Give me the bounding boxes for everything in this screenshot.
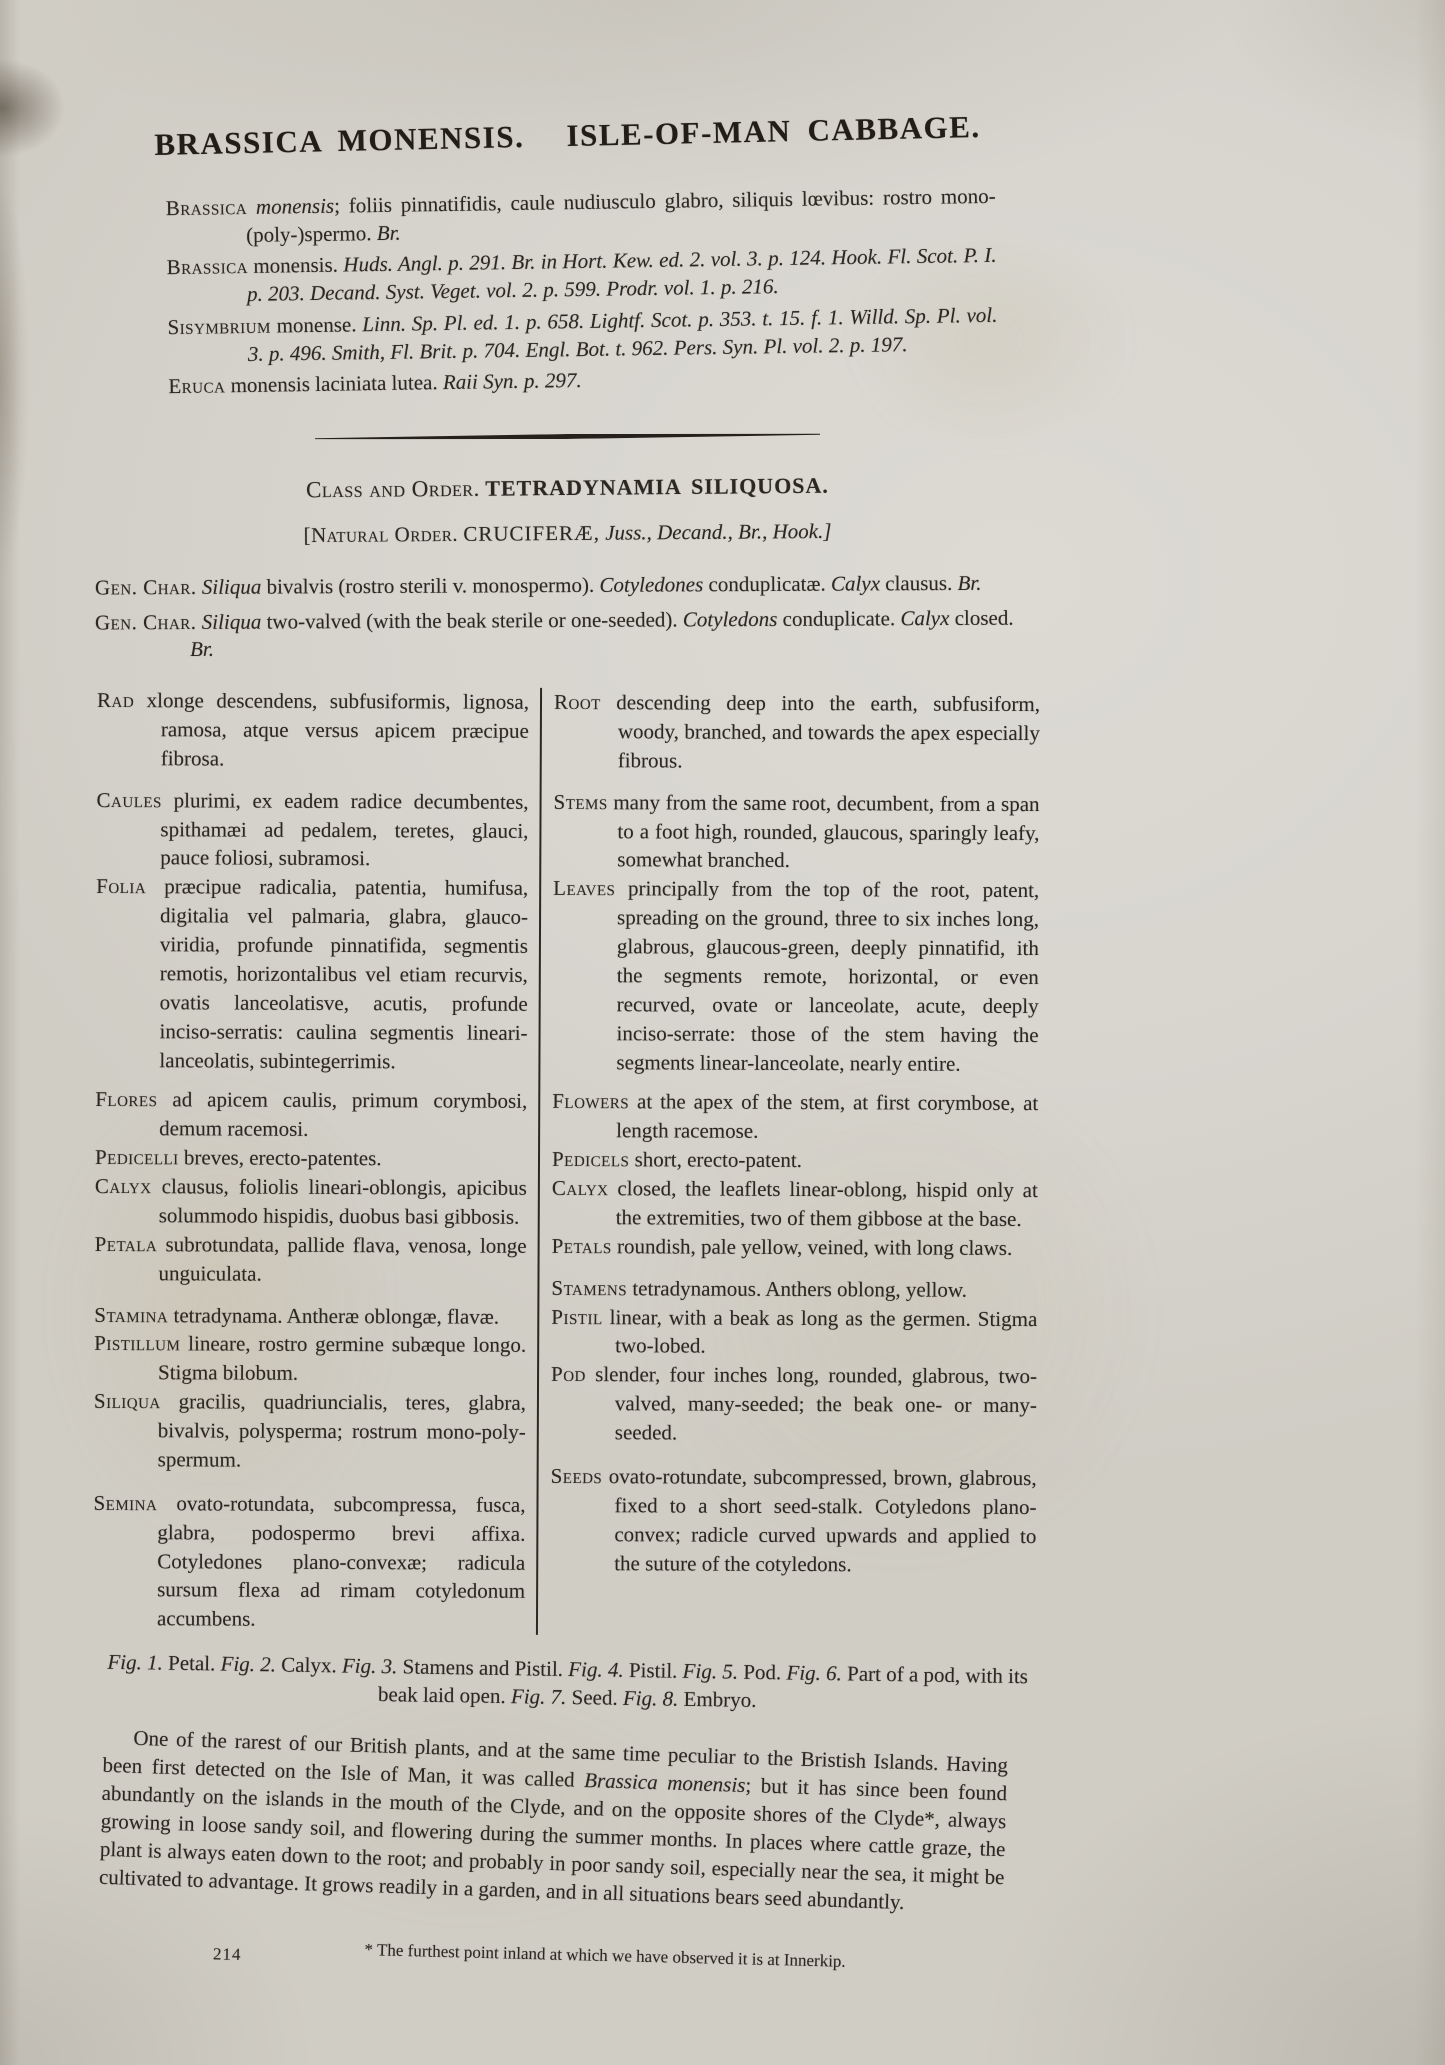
english-paragraph: Petals roundish, pale yellow, veined, wi… bbox=[552, 1231, 1038, 1262]
gen-char-term: Calyx bbox=[900, 606, 949, 630]
divider-rule bbox=[315, 432, 820, 441]
figure-label: Fig. 8. bbox=[623, 1686, 679, 1711]
english-column: Root descending deep into the earth, sub… bbox=[536, 688, 1040, 1637]
figure-desc: Calyx. bbox=[281, 1652, 337, 1677]
organ-text: closed, the leaflets linear-oblong, hisp… bbox=[616, 1176, 1038, 1231]
gen-char-text: closed. bbox=[955, 606, 1014, 630]
figure-desc: Petal. bbox=[168, 1651, 216, 1676]
organ-text: roundish, pale yellow, veined, with long… bbox=[617, 1234, 1012, 1260]
natural-order-line: [Natural Order. CRUCIFERÆ, Juss., Decand… bbox=[95, 517, 1040, 549]
organ-text: lineare, rostro germine subæque longo. S… bbox=[158, 1331, 526, 1384]
latin-paragraph: Stamina tetradynama. Antheræ oblongæ, fl… bbox=[94, 1300, 526, 1331]
page-content: BRASSICA MONENSIS. ISLE-OF-MAN CABBAGE. … bbox=[95, 118, 1040, 1975]
class-and-order-line: Class and Order. TETRADYNAMIA SILIQUOSA. bbox=[95, 471, 1040, 505]
gen-char-label: Gen. Char. bbox=[95, 610, 197, 635]
english-paragraph: Pedicels short, erecto-patent. bbox=[552, 1145, 1038, 1176]
organ-label: Leaves bbox=[553, 876, 615, 900]
synonym-epithet: monensis bbox=[256, 194, 335, 219]
english-paragraph: Leaves principally from the top of the r… bbox=[552, 874, 1039, 1078]
organ-label: Calyx bbox=[95, 1174, 152, 1198]
generic-character-latin: Gen. Char. Siliqua bivalvis (rostro ster… bbox=[95, 569, 1040, 601]
organ-label: Seeds bbox=[551, 1464, 603, 1488]
organ-label: Pod bbox=[551, 1362, 586, 1386]
synonym-genus: Sisymbrium bbox=[167, 313, 271, 339]
organ-text: slender, four inches long, rounded, glab… bbox=[595, 1362, 1037, 1444]
organ-text: ovato-rotundate, subcompressed, brown, g… bbox=[609, 1464, 1037, 1576]
english-paragraph: Calyx closed, the leaflets linear-oblong… bbox=[552, 1174, 1038, 1234]
organ-text: principally from the top of the root, pa… bbox=[616, 876, 1039, 1075]
figure-label: Fig. 5. bbox=[682, 1659, 738, 1684]
latin-paragraph: Siliqua gracilis, quadriuncialis, teres,… bbox=[94, 1387, 526, 1476]
organ-text: præcipue radicalia, patentia, humifusa, … bbox=[159, 874, 528, 1072]
species-name-italic: Brassica monensis bbox=[584, 1767, 746, 1796]
figure-desc: Stamens and Pistil. bbox=[402, 1654, 563, 1681]
latin-paragraph: Pistillum lineare, rostro germine subæqu… bbox=[94, 1329, 526, 1389]
organ-text: plurimi, ex eadem radice decumbentes, sp… bbox=[160, 788, 528, 871]
organ-text: breves, erecto-patentes. bbox=[184, 1145, 382, 1170]
organ-text: at the apex of the stem, at first corymb… bbox=[616, 1089, 1038, 1142]
latin-paragraph: Flores ad apicem caulis, primum corymbos… bbox=[95, 1085, 527, 1145]
footnote-marker: * bbox=[364, 1940, 373, 1959]
gen-char-text: clausus. bbox=[885, 571, 952, 595]
organ-label: Stamens bbox=[551, 1275, 627, 1299]
organ-text: descending deep into the earth, subfusif… bbox=[616, 690, 1040, 772]
latin-paragraph: Rad xlonge descendens, subfusiformis, li… bbox=[97, 686, 529, 775]
organ-label: Root bbox=[554, 690, 601, 714]
organ-text: many from the same root, decumbent, from… bbox=[613, 790, 1039, 873]
figure-label: Fig. 7. bbox=[511, 1684, 567, 1709]
organ-label: Stamina bbox=[94, 1302, 168, 1326]
figure-desc: Seed. bbox=[571, 1685, 617, 1710]
latin-paragraph: Semina ovato-rotundata, subcompressa, fu… bbox=[93, 1488, 526, 1634]
natural-order-label: [Natural Order. bbox=[303, 522, 458, 547]
english-paragraph: Pod slender, four inches long, rounded, … bbox=[551, 1360, 1037, 1449]
figure-desc: Pistil. bbox=[629, 1658, 678, 1683]
gen-char-term: Cotyledons bbox=[683, 607, 778, 631]
organ-label: Siliqua bbox=[94, 1389, 161, 1413]
gen-char-text: bivalvis (rostro sterili v. monospermo). bbox=[267, 573, 595, 599]
organ-label: Petala bbox=[95, 1231, 158, 1255]
organ-text: linear, with a beak as long as the germe… bbox=[610, 1304, 1038, 1357]
organ-label: Petals bbox=[552, 1233, 612, 1257]
gen-char-term: Calyx bbox=[831, 571, 880, 595]
figure-desc: Embryo. bbox=[683, 1687, 756, 1712]
gen-char-text: conduplicate. bbox=[783, 606, 896, 631]
english-paragraph: Root descending deep into the earth, sub… bbox=[554, 688, 1040, 777]
gen-char-text: conduplicatæ. bbox=[708, 572, 825, 597]
synonym-genus: Brassica bbox=[166, 254, 248, 279]
class-order-label: Class and Order. bbox=[306, 476, 480, 503]
figure-label: Fig. 4. bbox=[568, 1657, 624, 1682]
gen-char-authority: Br. bbox=[957, 571, 981, 595]
organ-text: short, erecto-patent. bbox=[635, 1147, 802, 1172]
organ-label: Pedicelli bbox=[95, 1145, 179, 1169]
organ-text: gracilis, quadriuncialis, teres, glabra,… bbox=[158, 1389, 526, 1471]
synonym-refs: Linn. Sp. Pl. ed. 1. p. 658. Lightf. Sco… bbox=[248, 302, 998, 365]
footnote: * The furthest point inland at which we … bbox=[325, 1939, 885, 1973]
organ-text: subrotundata, pallide flava, venosa, lon… bbox=[158, 1232, 526, 1285]
gen-char-term: Cotyledones bbox=[599, 572, 703, 597]
synonym-refs: Huds. Angl. p. 291. Br. in Hort. Kew. ed… bbox=[247, 243, 997, 306]
class-order-value: TETRADYNAMIA SILIQUOSA. bbox=[485, 473, 829, 501]
english-paragraph: Stems many from the same root, decumbent… bbox=[553, 787, 1039, 876]
figure-label: Fig. 1. bbox=[107, 1650, 163, 1675]
synonym-entry: Brassica monensis; foliis pinnatifidis, … bbox=[166, 182, 997, 251]
english-paragraph: Seeds ovato-rotundate, subcompressed, br… bbox=[550, 1462, 1036, 1580]
habitat-paragraph: One of the rarest of our British plants,… bbox=[99, 1723, 1009, 1919]
latin-paragraph: Pedicelli breves, erecto-patentes. bbox=[95, 1143, 527, 1174]
latin-paragraph: Calyx clausus, foliolis lineari-oblongis… bbox=[95, 1172, 527, 1232]
english-paragraph: Stamens tetradynamous. Anthers oblong, y… bbox=[551, 1273, 1037, 1304]
figure-label: Fig. 2. bbox=[220, 1651, 276, 1676]
synonym-refs: Raii Syn. p. 297. bbox=[443, 368, 582, 394]
organ-text: ad apicem caulis, primum corymbosi, demu… bbox=[159, 1087, 527, 1140]
natural-order-name: CRUCIFERÆ, bbox=[463, 521, 600, 546]
organ-label: Pedicels bbox=[552, 1147, 629, 1171]
synonym-entry: Sisymbrium monense. Linn. Sp. Pl. ed. 1.… bbox=[167, 300, 998, 369]
figure-label: Fig. 3. bbox=[342, 1653, 398, 1678]
synonym-text: monense. bbox=[276, 312, 356, 337]
organ-label: Caules bbox=[97, 787, 162, 811]
english-paragraph: Flowers at the apex of the stem, at firs… bbox=[552, 1087, 1038, 1147]
organ-text: xlonge descendens, subfusiformis, lignos… bbox=[147, 688, 529, 770]
figure-desc: Pod. bbox=[743, 1660, 781, 1685]
habitat-text: ; but it has since been found abundantly… bbox=[99, 1773, 1008, 1914]
gen-char-term: Siliqua bbox=[202, 574, 262, 598]
gen-char-text: two-valved (with the beak sterile or one… bbox=[266, 608, 677, 634]
organ-label: Semina bbox=[93, 1490, 157, 1514]
organ-label: Calyx bbox=[552, 1176, 609, 1200]
synonymy-section: Brassica monensis; foliis pinnatifidis, … bbox=[166, 182, 999, 400]
gen-char-label: Gen. Char. bbox=[95, 575, 197, 600]
english-paragraph: Pistil linear, with a beak as long as th… bbox=[551, 1302, 1037, 1362]
natural-order-refs: Juss., Decand., Br., Hook.] bbox=[605, 519, 831, 545]
latin-column: Rad xlonge descendens, subfusiformis, li… bbox=[93, 686, 540, 1635]
page-number: 214 bbox=[213, 1944, 242, 1965]
synonym-text: monensis laciniata lutea. bbox=[230, 370, 437, 397]
organ-label: Stems bbox=[554, 789, 608, 813]
organ-label: Flowers bbox=[552, 1089, 629, 1113]
synonym-entry: Brassica monensis. Huds. Angl. p. 291. B… bbox=[166, 241, 997, 310]
organ-text: clausus, foliolis lineari-oblongis, apic… bbox=[159, 1174, 527, 1228]
footnote-text: The furthest point inland at which we ha… bbox=[377, 1940, 846, 1970]
synonym-genus: Brassica bbox=[166, 195, 248, 220]
figure-captions: Fig. 1. Petal. Fig. 2. Calyx. Fig. 3. St… bbox=[95, 1647, 1041, 1719]
organ-label: Folia bbox=[96, 874, 146, 898]
synonym-text: monensis. bbox=[253, 253, 338, 278]
synonym-refs: Br. bbox=[377, 221, 401, 245]
synonym-text: ; foliis pinnatifidis, caule nudiusculo … bbox=[246, 184, 996, 247]
gen-char-term: Siliqua bbox=[202, 610, 262, 634]
organ-label: Pistil bbox=[551, 1304, 602, 1328]
latin-paragraph: Caules plurimi, ex eadem radice decumben… bbox=[96, 785, 528, 874]
latin-paragraph: Petala subrotundata, pallide flava, veno… bbox=[94, 1229, 526, 1289]
generic-character-english: Gen. Char. Siliqua two-valved (with the … bbox=[95, 605, 1040, 665]
organ-label: Pistillum bbox=[94, 1331, 180, 1355]
organ-label: Flores bbox=[95, 1087, 157, 1111]
description-columns: Rad xlonge descendens, subfusiformis, li… bbox=[93, 686, 1042, 1637]
synonym-genus: Eruca bbox=[168, 373, 225, 398]
organ-text: tetradynamous. Anthers oblong, yellow. bbox=[632, 1276, 967, 1301]
gen-char-authority: Br. bbox=[190, 637, 214, 661]
organ-text: tetradynama. Antheræ oblongæ, flavæ. bbox=[174, 1303, 500, 1328]
title-latin: BRASSICA MONENSIS. bbox=[154, 119, 525, 162]
latin-paragraph: Folia præcipue radicalia, patentia, humi… bbox=[95, 872, 528, 1076]
organ-label: Rad bbox=[97, 688, 134, 712]
organ-text: ovato-rotundata, subcompressa, fusca, gl… bbox=[157, 1491, 526, 1631]
figure-label: Fig. 6. bbox=[786, 1660, 842, 1685]
